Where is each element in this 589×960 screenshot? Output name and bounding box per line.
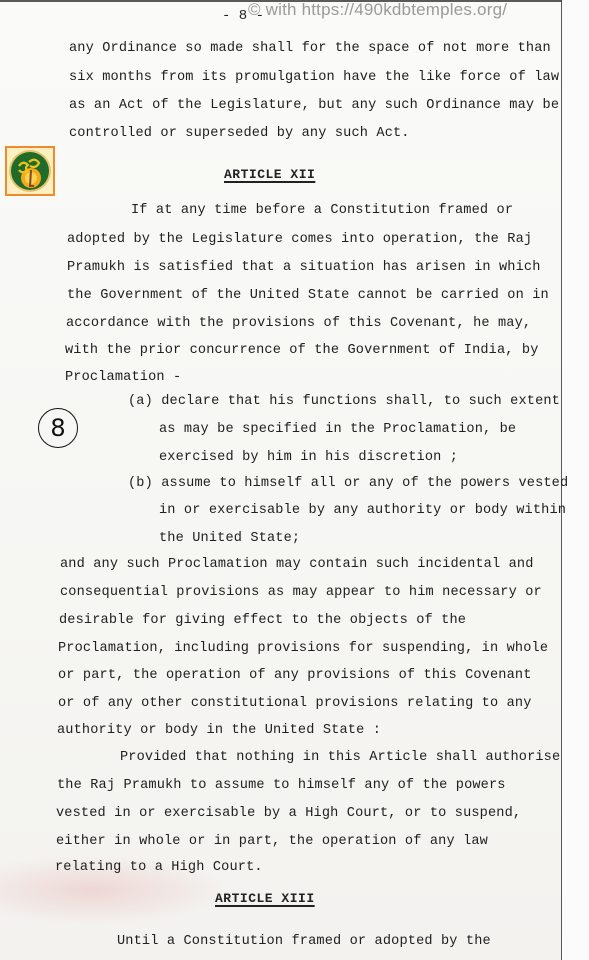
text-line: Proclamation - xyxy=(65,370,181,385)
proviso-line: the Raj Pramukh to assume to himself any… xyxy=(57,778,506,793)
watermark-text: © with https://490kdbtemples.org/ xyxy=(248,0,507,20)
text-line: controlled or superseded by any such Act… xyxy=(69,126,410,141)
proviso-line: vested in or exercisable by a High Court… xyxy=(56,806,521,821)
text-line: authority or body in the United State : xyxy=(57,723,381,738)
text-line: six months from its promulgation have th… xyxy=(69,70,559,85)
text-line: If at any time before a Constitution fra… xyxy=(131,203,513,218)
text-line: adopted by the Legislature comes into op… xyxy=(67,232,532,247)
scanned-document-page: - 8 - © with https://490kdbtemples.org/ … xyxy=(0,0,589,960)
article-xii-heading: ARTICLE XII xyxy=(224,167,315,182)
text-line: with the prior concurrence of the Govern… xyxy=(65,343,539,358)
text-line: desirable for giving effect to the objec… xyxy=(59,613,466,628)
proviso-line: either in whole or in part, the operatio… xyxy=(56,834,488,849)
text-line: Pramukh is satisfied that a situation ha… xyxy=(67,260,541,275)
article-xiii-heading: ARTICLE XIII xyxy=(215,891,315,906)
text-line: as an Act of the Legislature, but any su… xyxy=(69,98,559,113)
text-line: or part, the operation of any provisions… xyxy=(58,668,532,683)
text-line: Proclamation, including provisions for s… xyxy=(58,641,548,656)
clause-b-line: the United State; xyxy=(159,531,300,546)
text-line: consequential provisions as may appear t… xyxy=(60,585,542,600)
clause-a-line: exercised by him in his discretion ; xyxy=(159,450,458,465)
text-line: any Ordinance so made shall for the spac… xyxy=(69,41,551,56)
om-temple-logo-icon xyxy=(5,146,55,196)
clause-a-line: as may be specified in the Proclamation,… xyxy=(159,422,516,437)
text-line: accordance with the provisions of this C… xyxy=(66,316,531,331)
proviso-line: relating to a High Court. xyxy=(55,860,263,875)
text-line: Until a Constitution framed or adopted b… xyxy=(117,934,491,949)
clause-b-line: in or exercisable by any authority or bo… xyxy=(159,503,566,518)
clause-b-line: (b) assume to himself all or any of the … xyxy=(128,476,568,491)
text-line: the Government of the United State canno… xyxy=(67,288,549,303)
clause-a-line: (a) declare that his functions shall, to… xyxy=(128,394,560,409)
text-line: and any such Proclamation may contain su… xyxy=(60,557,534,572)
text-line: or of any other constitutional provision… xyxy=(58,696,532,711)
proviso-line: Provided that nothing in this Article sh… xyxy=(120,750,560,765)
handwritten-circled-number: 8 xyxy=(38,408,78,448)
